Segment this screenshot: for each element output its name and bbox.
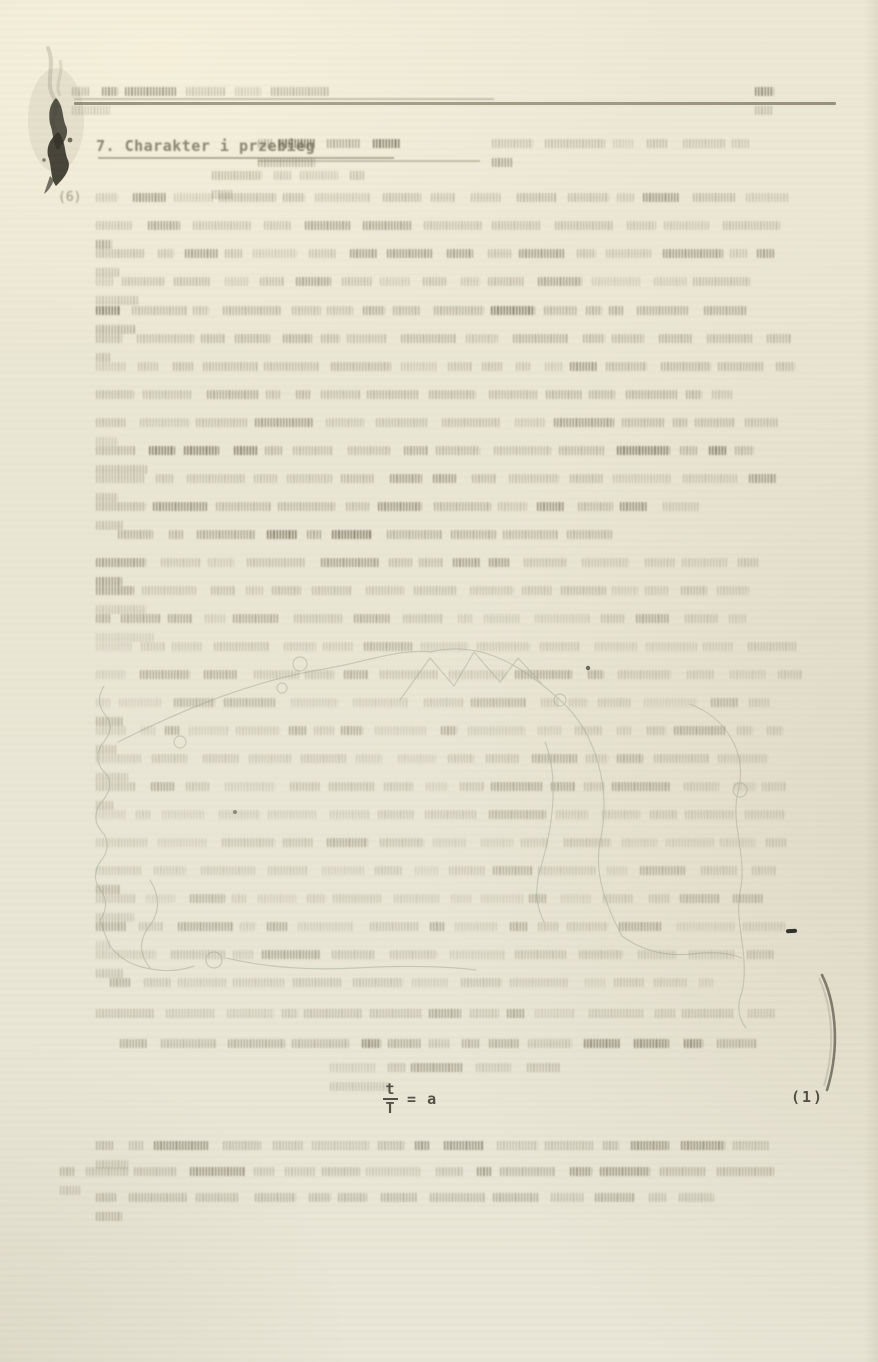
faded-word — [699, 978, 713, 987]
faded-word — [398, 754, 436, 763]
faded-word — [174, 698, 215, 707]
faded-word — [606, 249, 652, 258]
faded-word — [234, 446, 257, 455]
faded-word — [225, 782, 275, 791]
faded-word — [419, 558, 442, 567]
faded-word — [300, 171, 338, 180]
faded-word — [225, 277, 248, 286]
faded-word — [434, 502, 492, 511]
faded-word — [366, 586, 404, 595]
faded-word — [631, 1141, 670, 1150]
faded-word — [461, 277, 480, 286]
faded-word — [376, 418, 427, 427]
faded-word — [366, 1167, 420, 1176]
faded-word — [383, 193, 421, 202]
faded-word — [293, 446, 333, 455]
faded-word — [451, 894, 472, 903]
faded-word — [322, 1167, 360, 1176]
faded-word — [254, 1167, 276, 1176]
faded-word — [589, 1009, 643, 1018]
faded-word — [425, 810, 477, 819]
faded-word — [119, 698, 161, 707]
faded-line — [96, 445, 812, 456]
faded-word — [146, 894, 175, 903]
faded-word — [762, 782, 787, 791]
faded-word — [556, 810, 588, 819]
faded-word — [96, 782, 135, 791]
faded-word — [654, 978, 686, 987]
faded-word — [172, 642, 202, 651]
faded-word — [709, 446, 727, 455]
faded-word — [341, 474, 375, 483]
faded-word — [577, 249, 596, 258]
heading-underline-1 — [98, 157, 394, 159]
faded-word — [426, 782, 448, 791]
faded-word — [118, 530, 153, 539]
faded-word — [601, 614, 623, 623]
faded-word — [470, 586, 513, 595]
faded-word — [255, 418, 313, 427]
faded-word — [482, 362, 503, 371]
faded-line — [96, 585, 806, 596]
faded-word — [254, 670, 299, 679]
faded-word — [434, 306, 484, 315]
faded-word — [151, 782, 174, 791]
faded-word — [681, 1141, 725, 1150]
faded-word — [603, 1141, 619, 1150]
faded-word — [703, 642, 733, 651]
faded-word — [575, 726, 603, 735]
faded-word — [253, 249, 298, 258]
faded-word — [246, 586, 263, 595]
faded-word — [268, 810, 316, 819]
faded-word — [333, 894, 382, 903]
faded-word — [161, 558, 201, 567]
faded-word — [271, 87, 329, 96]
faded-word — [717, 1167, 775, 1176]
faded-word — [538, 726, 560, 735]
faded-line — [96, 192, 808, 203]
faded-word — [96, 558, 146, 567]
faded-word — [412, 978, 450, 987]
faded-word — [169, 530, 183, 539]
faded-word — [767, 334, 791, 343]
faded-word — [673, 418, 688, 427]
faded-word — [492, 158, 513, 167]
faded-word — [430, 922, 445, 931]
faded-word — [704, 306, 748, 315]
faded-word — [330, 810, 370, 819]
faded-word — [498, 502, 528, 511]
faded-word — [649, 1193, 667, 1202]
faded-word — [650, 810, 678, 819]
faded-word — [403, 614, 443, 623]
faded-word — [554, 418, 614, 427]
faded-word — [378, 1141, 404, 1150]
faded-word — [767, 726, 783, 735]
faded-word — [284, 642, 316, 651]
faded-word — [165, 726, 180, 735]
faded-word — [363, 221, 412, 230]
faded-word — [290, 782, 320, 791]
faded-word — [645, 558, 676, 567]
faded-word — [429, 390, 476, 399]
faded-word — [471, 698, 525, 707]
faded-word — [378, 502, 422, 511]
faded-word — [96, 698, 110, 707]
faded-word — [685, 614, 718, 623]
faded-word — [323, 642, 353, 651]
faded-word — [96, 670, 125, 679]
faded-word — [96, 1009, 154, 1018]
faded-word — [613, 139, 633, 148]
faded-word — [666, 838, 715, 847]
faded-word — [735, 446, 754, 455]
faded-word — [609, 306, 624, 315]
faded-word — [141, 726, 155, 735]
faded-word — [364, 642, 412, 651]
equation-equals: = — [407, 1090, 417, 1108]
faded-word — [415, 1141, 429, 1150]
faded-word — [654, 754, 710, 763]
faded-word — [661, 362, 710, 371]
faded-word — [711, 698, 739, 707]
faded-word — [285, 1167, 315, 1176]
faded-word — [541, 698, 559, 707]
faded-word — [96, 193, 118, 202]
faded-word — [622, 838, 657, 847]
faded-word — [687, 670, 716, 679]
faded-word — [579, 950, 623, 959]
faded-word — [481, 894, 523, 903]
faded-word — [60, 1167, 75, 1176]
faded-word — [749, 474, 777, 483]
faded-word — [258, 894, 296, 903]
faded-word — [350, 249, 378, 258]
faded-word — [617, 193, 634, 202]
faded-word — [489, 558, 509, 567]
faded-word — [347, 334, 388, 343]
faded-word — [193, 221, 253, 230]
faded-word — [96, 446, 136, 455]
faded-word — [510, 978, 569, 987]
faded-word — [125, 87, 176, 96]
faded-word — [462, 1039, 480, 1048]
faded-word — [637, 306, 688, 315]
faded-word — [733, 894, 763, 903]
faded-word — [156, 474, 175, 483]
faded-word — [682, 1009, 734, 1018]
faded-word — [755, 87, 774, 96]
faded-line — [96, 865, 812, 876]
faded-word — [460, 782, 484, 791]
faded-word — [292, 306, 322, 315]
faded-word — [606, 362, 647, 371]
faded-word — [489, 1039, 520, 1048]
faded-word — [545, 362, 563, 371]
faded-word — [224, 698, 276, 707]
faded-word — [689, 950, 736, 959]
faded-word — [321, 334, 340, 343]
faded-word — [660, 1167, 705, 1176]
faded-word — [570, 1167, 592, 1176]
faded-word — [674, 726, 726, 735]
faded-line — [96, 333, 812, 344]
faded-word — [747, 950, 773, 959]
faded-word — [592, 277, 640, 286]
faded-word — [346, 502, 369, 511]
faded-word — [546, 390, 583, 399]
faded-line — [330, 1062, 630, 1073]
faded-word — [516, 362, 530, 371]
faded-word — [757, 249, 774, 258]
faded-line — [72, 86, 382, 97]
faded-word — [235, 334, 270, 343]
faded-line — [96, 1192, 756, 1203]
faded-word — [471, 193, 502, 202]
faded-word — [737, 726, 752, 735]
faded-word — [330, 1063, 376, 1072]
faded-word — [390, 474, 422, 483]
faded-word — [153, 502, 207, 511]
faded-word — [223, 1141, 261, 1150]
faded-word — [96, 866, 142, 875]
faded-word — [509, 474, 560, 483]
faded-word — [644, 698, 696, 707]
faded-word — [477, 1167, 492, 1176]
faded-word — [344, 670, 368, 679]
faded-word — [186, 782, 209, 791]
faded-word — [197, 530, 255, 539]
faded-word — [321, 558, 380, 567]
faded-word — [461, 978, 502, 987]
faded-word — [204, 670, 239, 679]
faded-word — [178, 978, 226, 987]
faded-word — [341, 726, 363, 735]
faded-word — [528, 1039, 572, 1048]
faded-line — [258, 138, 478, 149]
faded-word — [158, 838, 207, 847]
scanned-page: 7. Charakter i przebieg (6) — [0, 0, 878, 1362]
faded-word — [491, 782, 543, 791]
faded-word — [515, 950, 566, 959]
faded-line — [96, 1008, 796, 1019]
faded-word — [654, 277, 687, 286]
faded-word — [390, 950, 437, 959]
faded-word — [618, 670, 672, 679]
faded-word — [401, 362, 436, 371]
equation-numerator: t — [383, 1082, 397, 1098]
faded-word — [158, 249, 174, 258]
faded-word — [723, 221, 780, 230]
faded-word — [190, 894, 226, 903]
faded-word — [503, 530, 557, 539]
faded-word — [748, 1009, 776, 1018]
faded-word — [378, 810, 414, 819]
faded-word — [96, 922, 127, 931]
header-rule-echo — [74, 98, 494, 100]
faded-line — [96, 557, 796, 568]
faded-word — [555, 221, 614, 230]
faded-word — [766, 838, 786, 847]
faded-word — [586, 754, 608, 763]
faded-word — [380, 277, 410, 286]
faded-word — [693, 277, 750, 286]
faded-word — [600, 1167, 650, 1176]
faded-word — [353, 978, 403, 987]
faded-word — [411, 1063, 463, 1072]
faded-word — [287, 474, 332, 483]
faded-word — [519, 249, 565, 258]
faded-word — [436, 446, 480, 455]
faded-word — [296, 390, 312, 399]
faded-word — [264, 221, 292, 230]
faded-word — [429, 1039, 449, 1048]
faded-word — [96, 390, 134, 399]
faded-word — [137, 334, 194, 343]
faded-word — [142, 586, 196, 595]
faded-word — [72, 87, 89, 96]
faded-word — [588, 670, 603, 679]
faded-word — [729, 614, 746, 623]
faded-word — [232, 894, 246, 903]
faded-word — [235, 87, 261, 96]
faded-word — [184, 446, 220, 455]
faded-word — [551, 782, 577, 791]
faded-word — [444, 1141, 484, 1150]
faded-word — [96, 1141, 113, 1150]
faded-word — [491, 306, 535, 315]
faded-word — [96, 249, 144, 258]
faded-word — [738, 558, 759, 567]
faded-word — [535, 614, 592, 623]
header-rule — [74, 102, 836, 105]
faded-word — [540, 642, 580, 651]
faded-line — [96, 697, 812, 708]
faded-word — [626, 390, 678, 399]
faded-word — [327, 139, 361, 148]
faded-word — [570, 474, 602, 483]
faded-word — [96, 306, 121, 315]
faded-word — [373, 139, 401, 148]
faded-word — [481, 838, 513, 847]
faded-word — [189, 726, 228, 735]
faded-word — [330, 1082, 388, 1091]
faded-word — [203, 754, 239, 763]
faded-word — [488, 277, 524, 286]
faded-word — [647, 726, 667, 735]
faded-word — [468, 726, 525, 735]
faded-word — [154, 1141, 208, 1150]
faded-word — [752, 866, 777, 875]
faded-word — [679, 1193, 714, 1202]
faded-word — [595, 1193, 635, 1202]
faded-word — [433, 838, 467, 847]
faded-word — [476, 1063, 511, 1072]
faded-word — [289, 726, 306, 735]
faded-word — [429, 1009, 461, 1018]
faded-word — [283, 193, 305, 202]
faded-word — [538, 866, 596, 875]
faded-word — [168, 614, 193, 623]
faded-word — [745, 810, 784, 819]
faded-word — [312, 1141, 369, 1150]
faded-word — [331, 362, 390, 371]
faded-word — [433, 474, 456, 483]
faded-word — [515, 670, 572, 679]
faded-word — [663, 502, 700, 511]
faded-word — [583, 334, 605, 343]
faded-word — [613, 474, 673, 483]
faded-word — [680, 894, 719, 903]
faded-word — [776, 362, 794, 371]
faded-word — [291, 698, 337, 707]
faded-word — [684, 1039, 704, 1048]
faded-word — [86, 1167, 128, 1176]
faded-word — [717, 1039, 758, 1048]
faded-word — [307, 894, 326, 903]
faded-word — [486, 754, 520, 763]
faded-word — [743, 922, 787, 931]
faded-line — [110, 977, 730, 988]
faded-word — [249, 754, 293, 763]
faded-word — [129, 1141, 143, 1150]
faded-word — [208, 558, 234, 567]
faded-word — [634, 1039, 669, 1048]
faded-word — [745, 418, 780, 427]
faded-word — [643, 193, 679, 202]
faded-word — [214, 642, 271, 651]
faded-word — [466, 334, 498, 343]
faded-word — [162, 810, 204, 819]
faded-word — [730, 670, 767, 679]
faded-word — [430, 1193, 485, 1202]
faded-word — [424, 221, 483, 230]
faded-word — [354, 614, 391, 623]
faded-word — [201, 334, 225, 343]
faded-word — [143, 390, 192, 399]
faded-word — [96, 418, 127, 427]
faded-word — [342, 277, 374, 286]
faded-word — [139, 922, 163, 931]
faded-word — [301, 754, 347, 763]
faded-word — [748, 642, 797, 651]
faded-word — [136, 810, 150, 819]
faded-word — [619, 922, 662, 931]
faded-word — [489, 390, 538, 399]
faded-word — [236, 726, 280, 735]
faded-word — [500, 1167, 557, 1176]
faded-line — [212, 170, 394, 181]
faded-line — [96, 837, 812, 848]
faded-word — [272, 586, 302, 595]
faded-word — [96, 586, 134, 595]
faded-word — [96, 838, 147, 847]
faded-word — [227, 1009, 274, 1018]
faded-word — [638, 950, 677, 959]
faded-line — [755, 86, 803, 97]
faded-word — [612, 334, 644, 343]
faded-line — [96, 893, 812, 904]
faded-word — [212, 171, 262, 180]
faded-word — [173, 362, 193, 371]
equation-rhs: a — [427, 1090, 437, 1108]
faded-word — [584, 1039, 620, 1048]
faded-word — [578, 502, 613, 511]
faded-word — [283, 838, 314, 847]
faded-word — [305, 221, 351, 230]
faded-word — [663, 249, 722, 258]
